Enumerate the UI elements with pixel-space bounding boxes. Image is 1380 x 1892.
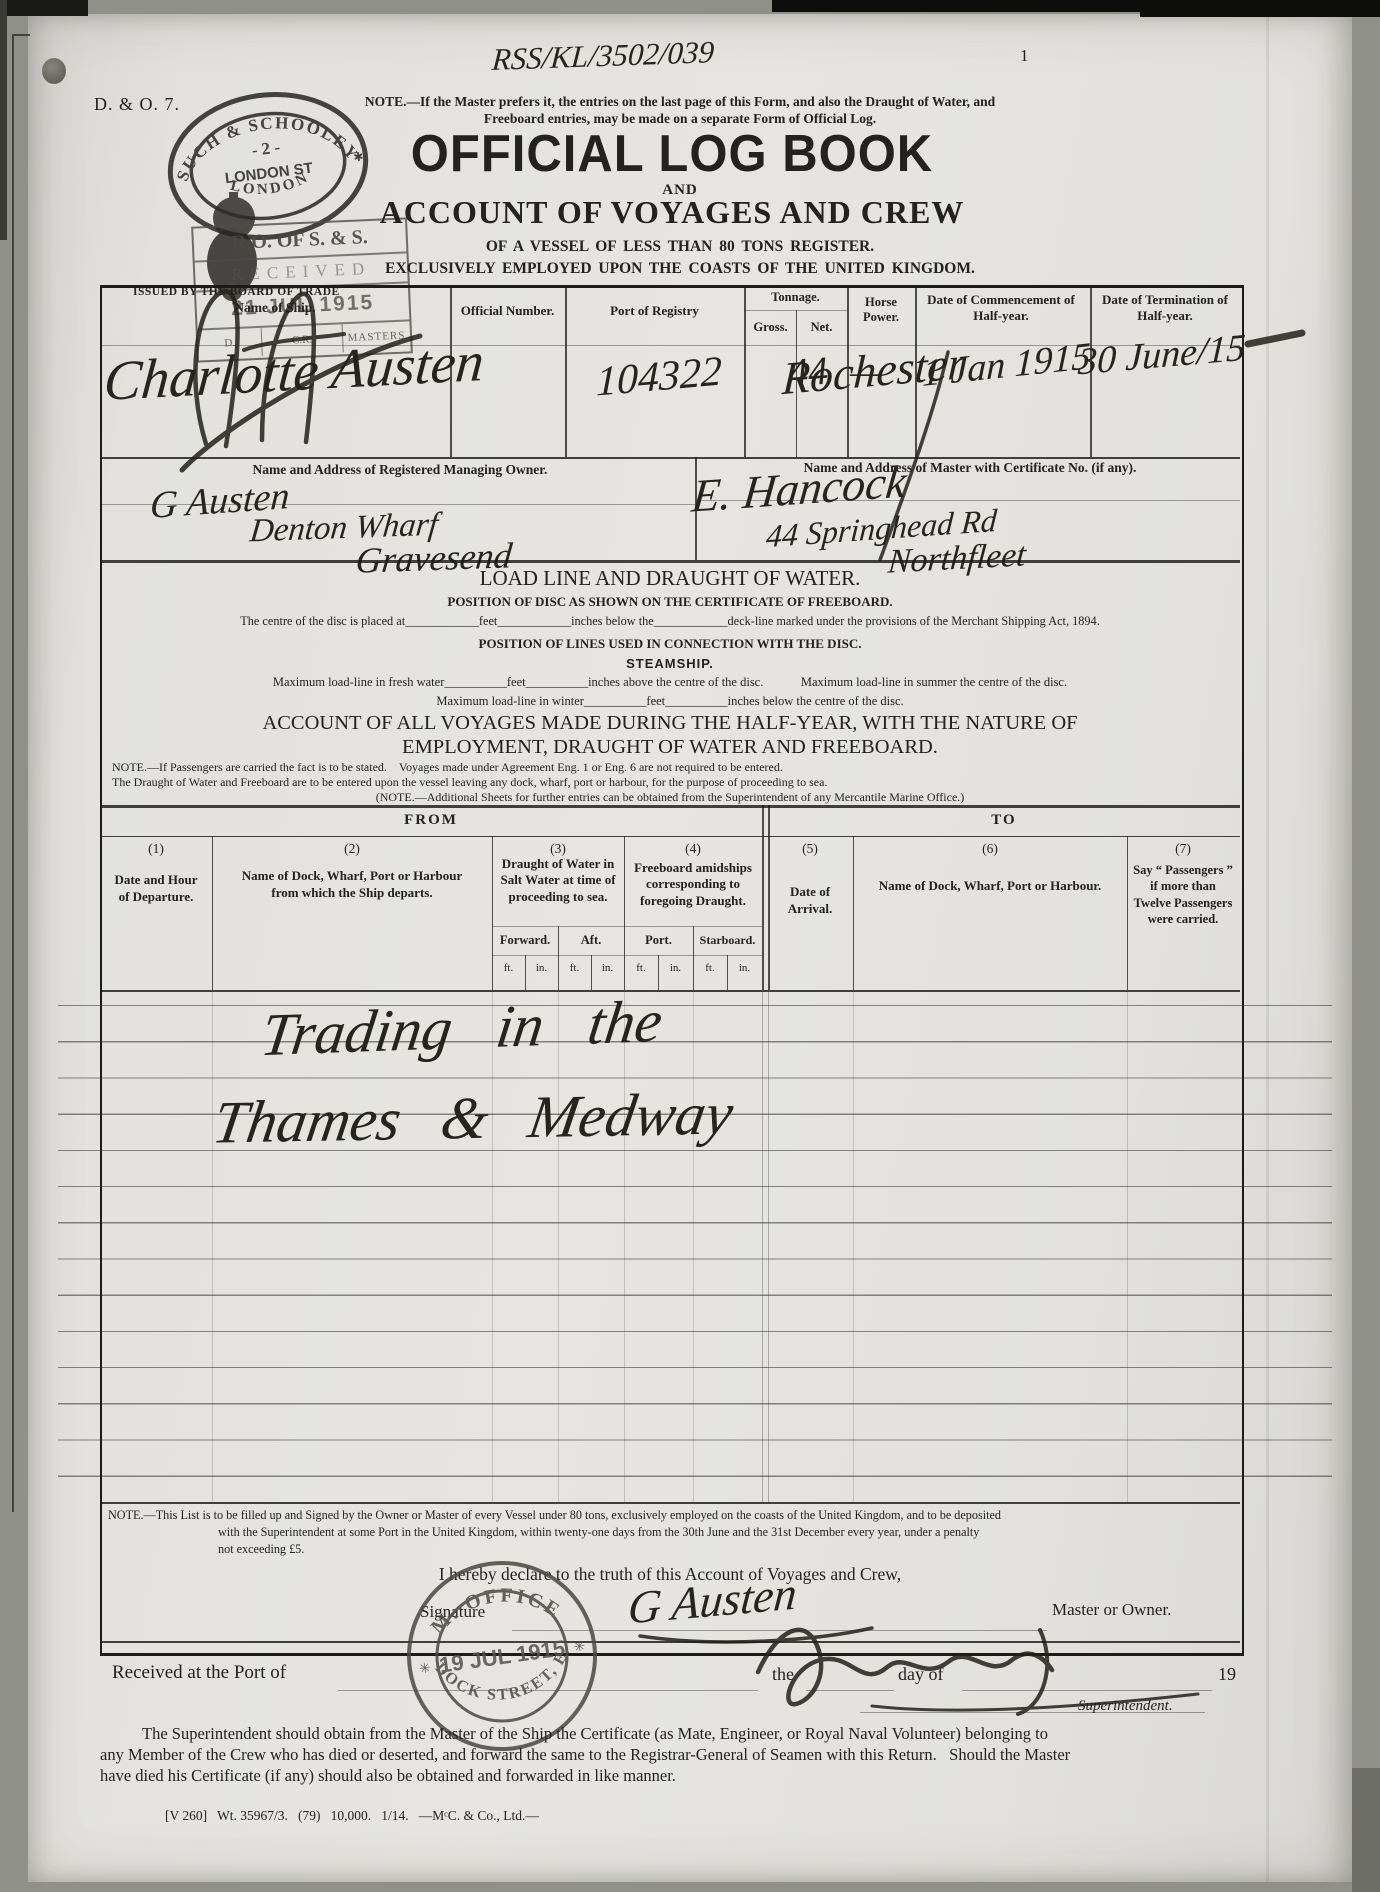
col-commencement: Date of Commencement of Half-year. (920, 292, 1082, 324)
footer-para-3: have died his Certificate (if any) shoul… (100, 1766, 676, 1786)
voyages-note-1: NOTE.—If Passengers are carried the fact… (112, 760, 783, 775)
col-termination: Date of Termination of Half-year. (1094, 292, 1236, 324)
col3-aft: Aft. (558, 933, 624, 948)
col5-label: Date of Arrival. (772, 884, 848, 918)
catalog-reference: RSS/KL/3502/039 (491, 36, 715, 75)
col6-num: (6) (860, 841, 1120, 857)
year-prefix: 19 (1218, 1664, 1236, 1685)
svg-text:M. OFFICE: M. OFFICE (423, 1576, 568, 1641)
body-col-line (768, 992, 769, 1502)
from-to-divider (762, 805, 764, 990)
body-col-line (492, 992, 493, 1502)
from-label: FROM (100, 812, 762, 829)
ruled-lines (58, 970, 1332, 1502)
footer-para-2: any Member of the Crew who has died or d… (100, 1745, 1070, 1765)
voyage-table-top (100, 805, 1240, 808)
scanned-log-book-page: RSS/KL/3502/039 1 D. & O. 7. SUCH & SCHO… (0, 0, 1380, 1892)
col-tonnage: Tonnage. (746, 290, 845, 305)
masthead-subtitle: ACCOUNT OF VOYAGES AND CREW (300, 194, 1044, 231)
scan-edge-left (0, 0, 7, 240)
printer-imprint: [V 260] Wt. 35967/3. (79) 10,000. 1/14. … (165, 1808, 539, 1824)
divider (1127, 836, 1128, 990)
form-bottom-inner-line (100, 1641, 1240, 1643)
col5-num: (5) (770, 841, 850, 857)
oval-stamp-number: - 2 - (251, 137, 282, 159)
round-stamp-top-text: M. OFFICE (423, 1576, 568, 1641)
masthead-line4: EXCLUSIVELY EMPLOYED UPON THE COASTS OF … (340, 260, 1020, 278)
col4-port: Port. (624, 933, 693, 948)
round-stamp-star-icon: ✳ (418, 1661, 432, 1677)
col-gross: Gross. (746, 320, 795, 335)
page-number: 1 (1020, 46, 1029, 66)
col3-forward: Forward. (492, 933, 558, 948)
divider (492, 836, 493, 990)
divider (744, 285, 746, 457)
voyages-note-2: The Draught of Water and Freeboard are t… (112, 775, 827, 790)
body-col-line (1127, 992, 1128, 1502)
round-stamp-star-icon: ✳ (573, 1639, 587, 1655)
col2-num: (2) (232, 841, 472, 857)
col7-num: (7) (1130, 841, 1236, 857)
punch-hole (42, 58, 66, 84)
scan-edge-top-left (0, 0, 88, 16)
col7-label: Say “ Passengers ” if more than Twelve P… (1132, 862, 1234, 927)
ship-row-bottom (100, 457, 1240, 459)
voyage-entry-line1: Trading in the (258, 991, 666, 1065)
main-title: OFFICIAL LOG BOOK (300, 124, 1044, 183)
col-name-of-ship: Name of Ship. (140, 300, 410, 316)
col-official-number: Official Number. (452, 303, 563, 319)
col3-num: (3) (498, 841, 618, 857)
footer-para-1: The Superintendent should obtain from th… (142, 1724, 1048, 1744)
master-or-owner-label: Master or Owner. (1052, 1600, 1171, 1620)
body-col-line (693, 992, 694, 1502)
steamship-heading: STEAMSHIP. (100, 656, 1240, 671)
official-number-value: 104322 (596, 350, 722, 403)
col4-label: Freeboard amidships corresponding to for… (630, 860, 756, 909)
superintendent-label: Superintendent. (1078, 1698, 1173, 1715)
lines-heading: POSITION OF LINES USED IN CONNECTION WIT… (100, 636, 1240, 652)
divider (565, 285, 567, 457)
voyages-note-3: (NOTE.—Additional Sheets for further ent… (100, 790, 1240, 805)
col6-label: Name of Dock, Wharf, Port or Harbour. (870, 878, 1110, 895)
from-to-divider (768, 805, 770, 990)
col-port-of-registry: Port of Registry (567, 303, 742, 319)
col1-num: (1) (106, 841, 206, 857)
received-at-label: Received at the Port of (112, 1662, 286, 1684)
margin-bracket-mark (12, 34, 30, 1512)
masthead-line3: OF A VESSEL OF LESS THAN 80 TONS REGISTE… (340, 238, 1020, 256)
from-to-underline (100, 836, 1240, 837)
note-top-line (100, 1502, 1240, 1504)
winter-line: Maximum load-line in winter__________fee… (100, 694, 1240, 709)
body-col-line (762, 992, 763, 1502)
col3-label: Draught of Water in Salt Water at time o… (498, 856, 618, 905)
month-line (962, 1690, 1212, 1691)
divider (212, 836, 213, 990)
tonnage-value: 44 (787, 351, 830, 394)
declaration-note-1: NOTE.—This List is to be filled up and S… (108, 1508, 1001, 1523)
body-col-line (558, 992, 559, 1502)
body-col-line (624, 992, 625, 1502)
disc-line: The centre of the disc is placed at_____… (100, 614, 1240, 629)
divider (624, 836, 625, 990)
scan-crease (1266, 14, 1269, 1882)
declaration-note-2: with the Superintendent at some Port in … (218, 1525, 979, 1540)
scan-corner-bottom-right (1352, 1768, 1380, 1892)
day-of-label: day of (898, 1664, 943, 1685)
disc-heading: POSITION OF DISC AS SHOWN ON THE CERTIFI… (100, 594, 1240, 610)
load-line-title: LOAD LINE AND DRAUGHT OF WATER. (100, 566, 1240, 591)
masthead-note-line1: NOTE.—If the Master prefers it, the entr… (340, 94, 1020, 110)
owner-label: Name and Address of Registered Managing … (160, 462, 640, 478)
scan-edge-top-right-wedge (1140, 0, 1380, 17)
col-horse-power: Horse Power. (851, 295, 911, 325)
voyages-heading-2: EMPLOYMENT, DRAUGHT OF WATER AND FREEBOA… (100, 736, 1240, 759)
horse-power-value: — (850, 356, 880, 390)
to-label: TO (768, 812, 1240, 829)
fresh-water-line: Maximum load-line in fresh water________… (100, 675, 1240, 690)
col4-num: (4) (628, 841, 758, 857)
col-net: Net. (798, 320, 845, 335)
divider (853, 836, 854, 990)
body-col-line (212, 992, 213, 1502)
section-divider (100, 560, 1240, 563)
declaration-note-3: not exceeding £5. (218, 1542, 304, 1557)
the-label: the (772, 1664, 794, 1685)
col1-label: Date and Hour of Departure. (112, 872, 200, 906)
col4-starboard: Starboard. (693, 933, 762, 948)
day-line (806, 1690, 894, 1691)
voyage-entry-line2: Thames & Medway (209, 1083, 737, 1152)
body-col-line (853, 992, 854, 1502)
voyages-heading-1: ACCOUNT OF ALL VOYAGES MADE DURING THE H… (100, 712, 1240, 735)
col2-label: Name of Dock, Wharf, Port or Harbour fro… (240, 868, 464, 902)
